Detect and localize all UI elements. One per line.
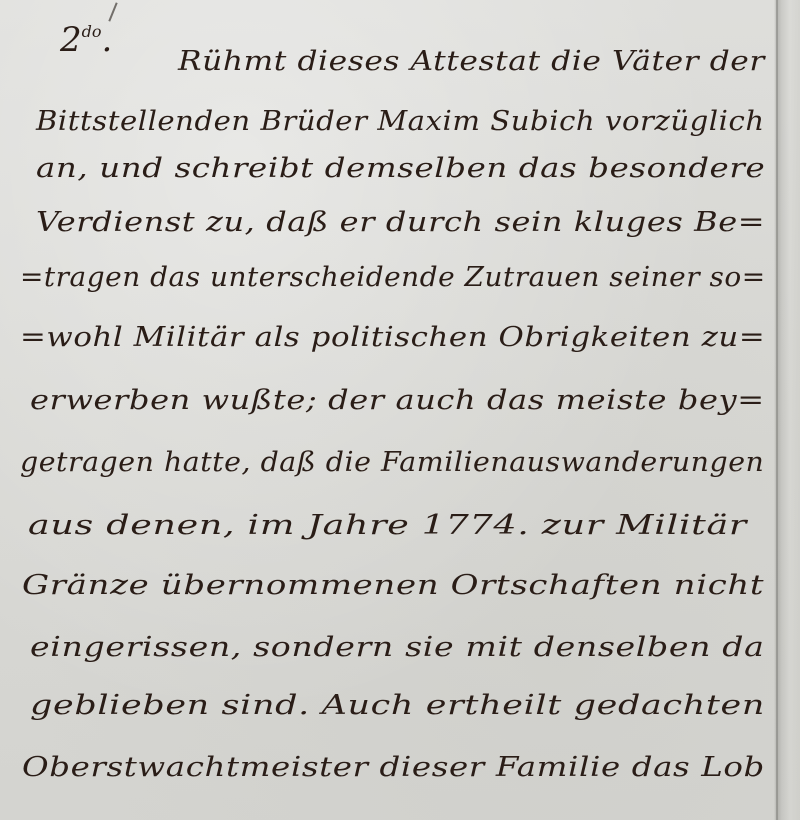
section-dot: . xyxy=(102,20,113,60)
manuscript-line-1: Rühmt dieses Attestat die Väter der xyxy=(178,46,765,77)
section-number-suffix: do xyxy=(82,22,102,41)
section-number: 2do. xyxy=(60,20,112,60)
manuscript-line-7: erwerben wußte; der auch das meiste bey= xyxy=(30,385,765,416)
manuscript-line-6: =wohl Militär als politischen Obrigkeite… xyxy=(20,322,765,353)
manuscript-line-13: Oberstwachtmeister dieser Familie das Lo… xyxy=(22,752,765,783)
manuscript-line-4: Verdienst zu, daß er durch sein kluges B… xyxy=(36,207,765,238)
manuscript-line-9: aus denen, im Jahre 1774. zur Militär xyxy=(28,510,747,541)
manuscript-line-5: =tragen das unterscheidende Zutrauen sei… xyxy=(20,262,766,293)
manuscript-line-2: Bittstellenden Brüder Maxim Subich vorzü… xyxy=(36,106,765,137)
manuscript-line-8: getragen hatte, daß die Familienauswande… xyxy=(20,447,764,478)
manuscript-line-11: eingerissen, sondern sie mit denselben d… xyxy=(30,632,765,663)
manuscript-line-10: Gränze übernommenen Ortschaften nicht xyxy=(22,570,764,601)
page-edge-line xyxy=(776,0,778,820)
section-number-digit: 2 xyxy=(60,20,82,60)
manuscript-text-block: 2do. Rühmt dieses Attestat die Väter der… xyxy=(0,0,780,820)
manuscript-line-3: an, und schreibt demselben das besondere xyxy=(36,153,765,184)
manuscript-page: 2do. Rühmt dieses Attestat die Väter der… xyxy=(0,0,800,820)
manuscript-line-12: geblieben sind. Auch ertheilt gedachten xyxy=(30,690,765,721)
